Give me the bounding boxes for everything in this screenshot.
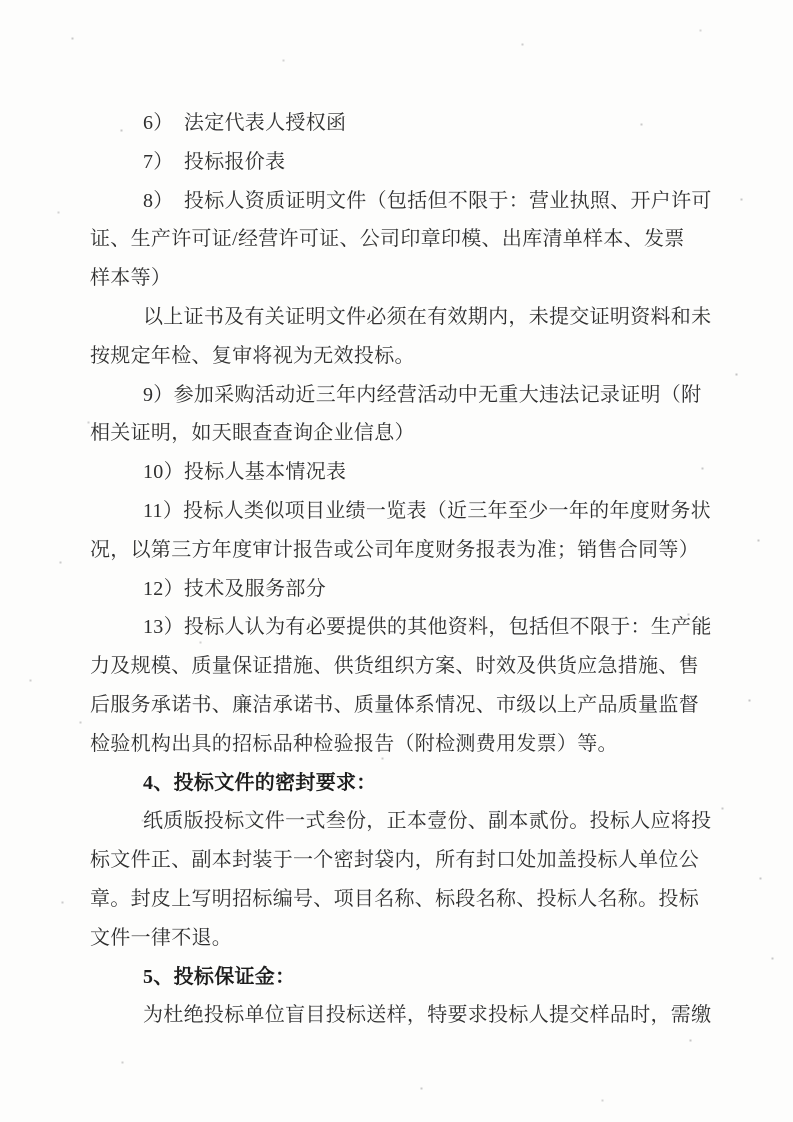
list-item-9: 9）参加采购活动近三年内经营活动中无重大违法记录证明（附 bbox=[90, 376, 718, 415]
list-item-8-cont-1: 证、生产许可证/经营许可证、公司印章印模、出库清单样本、发票 bbox=[90, 220, 718, 259]
list-item-10: 10）投标人基本情况表 bbox=[90, 453, 718, 492]
list-item-9-cont: 相关证明，如天眼查查询企业信息） bbox=[90, 414, 718, 453]
validity-note: 以上证书及有关证明文件必须在有效期内，未提交证明资料和未 bbox=[90, 298, 718, 337]
sealing-paragraph: 纸质版投标文件一式叁份，正本壹份、副本贰份。投标人应将投 bbox=[90, 802, 718, 841]
list-item-6: 6） 法定代表人授权函 bbox=[90, 104, 718, 143]
section-heading-deposit: 5、投标保证金： bbox=[90, 958, 718, 997]
document-page: 6） 法定代表人授权函 7） 投标报价表 8） 投标人资质证明文件（包括但不限于… bbox=[0, 0, 793, 1122]
section-heading-sealing: 4、投标文件的密封要求： bbox=[90, 764, 718, 803]
validity-note-cont: 按规定年检、复审将视为无效投标。 bbox=[90, 337, 718, 376]
document-text: 6） 法定代表人授权函 7） 投标报价表 8） 投标人资质证明文件（包括但不限于… bbox=[90, 104, 718, 1035]
list-item-13: 13）投标人认为有必要提供的其他资料，包括但不限于：生产能 bbox=[90, 608, 718, 647]
list-item-13-cont-2: 后服务承诺书、廉洁承诺书、质量体系情况、市级以上产品质量监督 bbox=[90, 686, 718, 725]
list-item-11-cont: 况，以第三方年度审计报告或公司年度财务报表为准；销售合同等） bbox=[90, 531, 718, 570]
list-item-8: 8） 投标人资质证明文件（包括但不限于：营业执照、开户许可 bbox=[90, 182, 718, 221]
list-item-8-cont-2: 样本等） bbox=[90, 259, 718, 298]
list-item-11: 11）投标人类似项目业绩一览表（近三年至少一年的年度财务状 bbox=[90, 492, 718, 531]
sealing-paragraph-cont-2: 章。封皮上写明招标编号、项目名称、标段名称、投标人名称。投标 bbox=[90, 880, 718, 919]
sealing-paragraph-cont-3: 文件一律不退。 bbox=[90, 919, 718, 958]
list-item-13-cont-3: 检验机构出具的招标品种检验报告（附检测费用发票）等。 bbox=[90, 725, 718, 764]
sealing-paragraph-cont-1: 标文件正、副本封装于一个密封袋内，所有封口处加盖投标人单位公 bbox=[90, 841, 718, 880]
deposit-paragraph: 为杜绝投标单位盲目投标送样，特要求投标人提交样品时，需缴 bbox=[90, 996, 718, 1035]
list-item-13-cont-1: 力及规模、质量保证措施、供货组织方案、时效及供货应急措施、售 bbox=[90, 647, 718, 686]
scan-speckles bbox=[0, 0, 1, 1]
list-item-12: 12）技术及服务部分 bbox=[90, 570, 718, 609]
list-item-7: 7） 投标报价表 bbox=[90, 143, 718, 182]
